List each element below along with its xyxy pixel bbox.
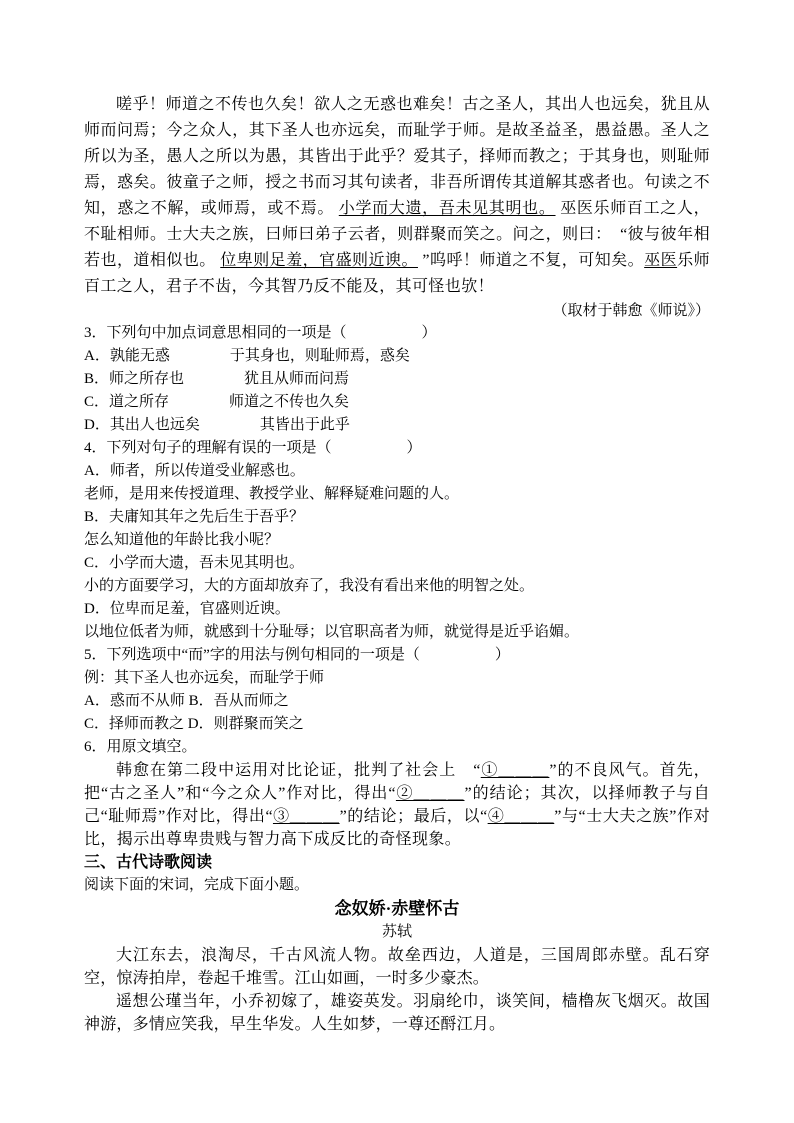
underlined-text-segment: 位卑则足羞，官盛则近谀。 xyxy=(220,252,418,269)
question-4-option-d-translation: 以地位低者为师，就感到十分耻辱；以官职高者为师，就觉得是近乎谄媚。 xyxy=(84,621,710,644)
question-6-body: 韩愈在第二段中运用对比论证，批判了社会上 “①＿＿＿”的不良风气。首先，把“古之… xyxy=(84,759,710,851)
question-4-option-b-translation: 怎么知道他的年龄比我小呢？ xyxy=(84,529,710,552)
question-4-option-a-translation: 老师，是用来传授道理、教授学业、解释疑难问题的人。 xyxy=(84,483,710,506)
question-3-option-c: C．道之所存 师道之不传也久矣 xyxy=(84,391,710,414)
text-segment: ”的结论；最后，以“ xyxy=(340,808,488,825)
question-4-option-c: C．小学而大遗，吾未见其明也。 xyxy=(84,552,710,575)
text-segment: ”呜呼！师道之不复，可知矣。 xyxy=(418,252,644,269)
poem-author: 苏轼 xyxy=(84,921,710,944)
text-segment: 嗟乎！师道之不传也久矣！欲人之无惑也难矣！古之圣人，其出人也远矣，犹且从师而问焉… xyxy=(84,96,710,217)
underlined-text-segment: ③＿＿＿ xyxy=(273,808,340,825)
passage-shishuo: 嗟乎！师道之不传也久矣！欲人之无惑也难矣！古之圣人，其出人也远矣，犹且从师而问焉… xyxy=(84,92,710,300)
question-3-stem: 3．下列句中加点词意思相同的一项是（ ） xyxy=(84,322,710,345)
underlined-text-segment: 巫医 xyxy=(644,252,677,269)
text-segment: 韩愈在第二段中运用对比论证，批判了社会上 “ xyxy=(116,762,481,779)
poem-stanza-2: 遥想公瑾当年，小乔初嫁了，雄姿英发。羽扇纶巾，谈笑间，樯橹灰飞烟灭。故国神游，多… xyxy=(84,990,710,1036)
question-6-stem: 6．用原文填空。 xyxy=(84,736,710,759)
poem-title: 念奴娇·赤壁怀古 xyxy=(84,897,710,921)
poetry-reading-intro: 阅读下面的宋词，完成下面小题。 xyxy=(84,874,710,897)
question-5-example: 例：其下圣人也亦远矣，而耻学于师 xyxy=(84,667,710,690)
question-3-option-d: D．其出人也远矣 其皆出于此乎 xyxy=(84,414,710,437)
question-4-option-c-translation: 小的方面要学习，大的方面却放弃了，我没有看出来他的明智之处。 xyxy=(84,575,710,598)
section-heading-poetry-reading: 三、古代诗歌阅读 xyxy=(84,851,710,874)
question-5-options-cd: C．择师而教之 D．则群聚而笑之 xyxy=(84,713,710,736)
underlined-text-segment: ①＿＿＿ xyxy=(481,762,550,779)
document-page: 嗟乎！师道之不传也久矣！欲人之无惑也难矣！古之圣人，其出人也远矣，犹且从师而问焉… xyxy=(0,0,794,1123)
question-5-options-ab: A．惑而不从师 B．吾从而师之 xyxy=(84,690,710,713)
question-3-option-a: A．孰能无惑 于其身也，则耻师焉，惑矣 xyxy=(84,345,710,368)
question-4-option-d: D．位卑而足羞，官盛则近谀。 xyxy=(84,598,710,621)
question-3-option-b: B．师之所存也 犹且从师而问焉 xyxy=(84,368,710,391)
passage-attribution: （取材于韩愈《师说》） xyxy=(84,300,710,322)
question-4-option-a: A．师者，所以传道受业解惑也。 xyxy=(84,460,710,483)
underlined-text-segment: ②＿＿＿ xyxy=(396,785,465,802)
question-5-stem: 5．下列选项中“而”字的用法与例句相同的一项是（ ） xyxy=(84,644,710,667)
underlined-text-segment: 小学而大遗，吾未见其明也。 xyxy=(339,200,556,217)
question-4-stem: 4．下列对句子的理解有误的一项是（ ） xyxy=(84,437,710,460)
poem-stanza-1: 大江东去，浪淘尽，千古风流人物。故垒西边，人道是，三国周郎赤壁。乱石穿空，惊涛拍… xyxy=(84,944,710,990)
question-4-option-b: B．夫庸知其年之先后生于吾乎？ xyxy=(84,506,710,529)
underlined-text-segment: ④＿＿＿ xyxy=(488,808,555,825)
